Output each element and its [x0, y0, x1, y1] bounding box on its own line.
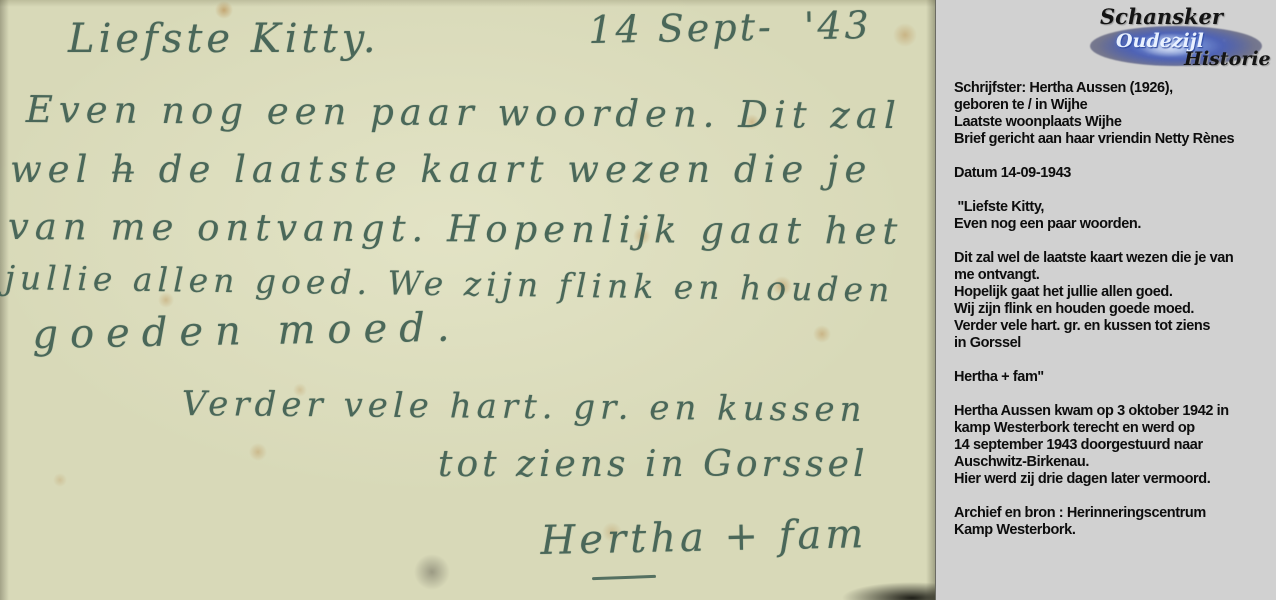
panel-text-line: me ontvangt. — [954, 267, 1272, 284]
panel-text-line: Schrijfster: Hertha Aussen (1926), — [954, 80, 1272, 97]
postcard-scan: 14 Sept- '43 Liefste Kitty. Even nog een… — [0, 0, 935, 600]
panel-text-line: Datum 14-09-1943 — [954, 165, 1272, 182]
panel-text-line: geboren te / in Wijhe — [954, 97, 1272, 114]
panel-text-line: 14 september 1943 doorgestuurd naar — [954, 437, 1272, 454]
handwritten-date: 14 Sept- '43 — [588, 3, 872, 52]
info-panel: Schansker Oudezijl Historie Schrijfster:… — [935, 0, 1276, 600]
panel-text-line: Archief en bron : Herinneringscentrum — [954, 505, 1272, 522]
logo: Schansker Oudezijl Historie — [1084, 4, 1276, 74]
panel-text-line: Dit zal wel de laatste kaart wezen die j… — [954, 250, 1272, 267]
handwritten-line: Liefste Kitty. — [68, 16, 380, 62]
handwritten-line: goeden moed. — [32, 305, 462, 358]
handwritten-line: tot ziens in Gorssel — [438, 444, 869, 485]
panel-text-line — [954, 386, 1272, 403]
panel-text-line: ''Liefste Kitty, — [954, 199, 1272, 216]
logo-word-historie: Historie — [1184, 48, 1271, 70]
transcription-text: Schrijfster: Hertha Aussen (1926), gebor… — [954, 80, 1272, 539]
handwritten-signature: Hertha + fam — [540, 511, 868, 564]
panel-text-line: Auschwitz-Birkenau. — [954, 454, 1272, 471]
panel-text-line — [954, 233, 1272, 250]
panel-text-line — [954, 352, 1272, 369]
panel-text-line: kamp Westerbork terecht en werd op — [954, 420, 1272, 437]
panel-text-line: in Gorssel — [954, 335, 1272, 352]
handwritten-line: wel h̶ de laatste kaart wezen die je — [10, 148, 872, 191]
panel-text-line: Kamp Westerbork. — [954, 522, 1272, 539]
panel-text-line: Hier werd zij drie dagen later vermoord. — [954, 471, 1272, 488]
panel-text-line — [954, 182, 1272, 199]
handwritten-line: jullie allen goed. We zijn flink en houd… — [4, 258, 894, 309]
panel-text-line: Even nog een paar woorden. — [954, 216, 1272, 233]
panel-text-line: Hopelijk gaat het jullie allen goed. — [954, 284, 1272, 301]
screen: 14 Sept- '43 Liefste Kitty. Even nog een… — [0, 0, 1276, 600]
panel-text-line: Laatste woonplaats Wijhe — [954, 114, 1272, 131]
logo-word-schansker: Schansker — [1100, 4, 1223, 29]
handwritten-line: Even nog een paar woorden. Dit zal — [26, 88, 902, 137]
handwritten-line: van me ontvangt. Hopenlijk gaat het — [8, 205, 904, 253]
signature-underline — [592, 575, 656, 580]
panel-text-line: Hertha Aussen kwam op 3 oktober 1942 in — [954, 403, 1272, 420]
panel-text-line: Verder vele hart. gr. en kussen tot zien… — [954, 318, 1272, 335]
panel-text-line: Brief gericht aan haar vriendin Netty Rè… — [954, 131, 1272, 148]
panel-text-line: Wij zijn flink en houden goede moed. — [954, 301, 1272, 318]
panel-text-line: Hertha + fam'' — [954, 369, 1272, 386]
panel-text-line — [954, 148, 1272, 165]
handwritten-line: Verder vele hart. gr. en kussen — [182, 384, 867, 430]
panel-text-line — [954, 488, 1272, 505]
